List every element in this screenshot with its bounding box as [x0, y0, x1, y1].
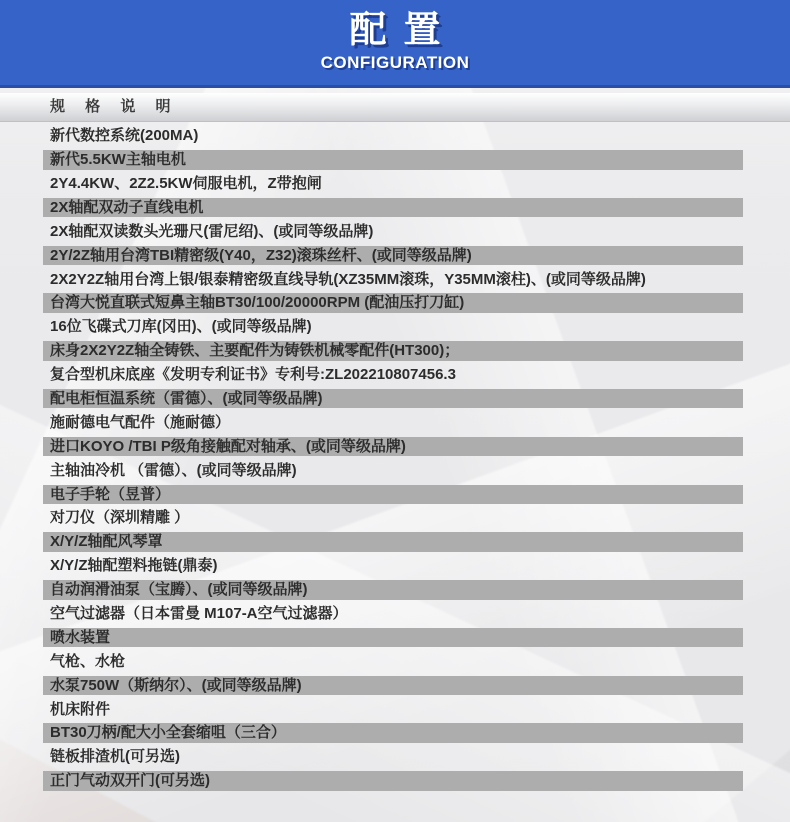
table-row-text: 配电柜恒温系统（雷德）、(或同等级品牌): [43, 389, 743, 409]
table-row-text: 2X轴配双动子直线电机: [43, 198, 743, 218]
table-row-text: 气枪、水枪: [43, 652, 743, 672]
table-row: 链板排渣机(可另选): [43, 745, 743, 769]
table-row-text: 进口KOYO /TBI P级角接触配对轴承、(或同等级品牌): [43, 437, 743, 457]
table-row-text: BT30刀柄/配大小全套缩咀（三合）: [43, 723, 743, 743]
table-row-text: 2Y/2Z轴用台湾TBI精密级(Y40，Z32)滚珠丝杆、(或同等级品牌): [43, 246, 743, 266]
table-row-text: 台湾大悦直联式短鼻主轴BT30/100/20000RPM (配油压打刀缸): [43, 293, 743, 313]
page-banner: 配置 CONFIGURATION: [0, 0, 790, 88]
table-row-text: X/Y/Z轴配塑料拖链(鼎泰): [43, 556, 743, 576]
table-row: 水泵750W（斯纳尔）、(或同等级品牌): [43, 673, 743, 697]
table-row: 2Y4.4KW、2Z2.5KW伺服电机，Z带抱闸: [43, 172, 743, 196]
table-row-text: 新代5.5KW主轴电机: [43, 150, 743, 170]
table-row: 喷水装置: [43, 626, 743, 650]
table-row-text: 16位飞碟式刀库(冈田)、(或同等级品牌): [43, 317, 743, 337]
table-row: 进口KOYO /TBI P级角接触配对轴承、(或同等级品牌): [43, 435, 743, 459]
table-row-text: 主轴油冷机 （雷德）、(或同等级品牌): [43, 461, 743, 481]
table-row: 复合型机床底座《发明专利证书》专利号:ZL202210807456.3: [43, 363, 743, 387]
table-row: 2X轴配双动子直线电机: [43, 196, 743, 220]
table-row: 电子手轮（昱普）: [43, 482, 743, 506]
table-row-text: 自动润滑油泵（宝腾）、(或同等级品牌): [43, 580, 743, 600]
table-row-text: 复合型机床底座《发明专利证书》专利号:ZL202210807456.3: [43, 365, 743, 385]
table-row-text: 水泵750W（斯纳尔）、(或同等级品牌): [43, 676, 743, 696]
table-row-text: 2X2Y2Z轴用台湾上银/银泰精密级直线导轨(XZ35MM滚珠，Y35MM滚柱)…: [43, 270, 743, 290]
table-row: 床身2X2Y2Z轴全铸铁、主要配件为铸铁机械零配件(HT300)；: [43, 339, 743, 363]
table-row-text: X/Y/Z轴配风琴罩: [43, 532, 743, 552]
table-row: 2X2Y2Z轴用台湾上银/银泰精密级直线导轨(XZ35MM滚珠，Y35MM滚柱)…: [43, 267, 743, 291]
table-row-text: 施耐德电气配件（施耐德）: [43, 413, 743, 433]
table-row-text: 喷水装置: [43, 628, 743, 648]
table-row: BT30刀柄/配大小全套缩咀（三合）: [43, 721, 743, 745]
table-row: 对刀仪（深圳精雕 ）: [43, 506, 743, 530]
table-row-text: 正门气动双开门(可另选): [43, 771, 743, 791]
table-row: X/Y/Z轴配塑料拖链(鼎泰): [43, 554, 743, 578]
table-row-text: 2Y4.4KW、2Z2.5KW伺服电机，Z带抱闸: [43, 174, 743, 194]
table-row: 主轴油冷机 （雷德）、(或同等级品牌): [43, 458, 743, 482]
table-row: 新代5.5KW主轴电机: [43, 148, 743, 172]
table-row: 台湾大悦直联式短鼻主轴BT30/100/20000RPM (配油压打刀缸): [43, 291, 743, 315]
table-row: 自动润滑油泵（宝腾）、(或同等级品牌): [43, 578, 743, 602]
table-row: 机床附件: [43, 697, 743, 721]
table-row-text: 电子手轮（昱普）: [43, 485, 743, 505]
table-row-text: 床身2X2Y2Z轴全铸铁、主要配件为铸铁机械零配件(HT300)；: [43, 341, 743, 361]
table-row: 2Y/2Z轴用台湾TBI精密级(Y40，Z32)滚珠丝杆、(或同等级品牌): [43, 243, 743, 267]
spec-rows: 新代数控系统(200MA)新代5.5KW主轴电机2Y4.4KW、2Z2.5KW伺…: [43, 124, 743, 793]
table-row: 2X轴配双读数头光珊尺(雷尼绍)、(或同等级品牌): [43, 220, 743, 244]
page-subtitle: CONFIGURATION: [0, 53, 790, 73]
table-row: X/Y/Z轴配风琴罩: [43, 530, 743, 554]
table-row-text: 对刀仪（深圳精雕 ）: [43, 508, 743, 528]
page-title: 配置: [0, 0, 790, 52]
table-row-text: 空气过滤器（日本雷曼 M107-A空气过滤器）: [43, 604, 743, 624]
table-row: 正门气动双开门(可另选): [43, 769, 743, 793]
table-row-text: 2X轴配双读数头光珊尺(雷尼绍)、(或同等级品牌): [43, 222, 743, 242]
table-row-text: 新代数控系统(200MA): [43, 126, 743, 146]
table-row-text: 机床附件: [43, 700, 743, 720]
table-row: 气枪、水枪: [43, 650, 743, 674]
table-row: 新代数控系统(200MA): [43, 124, 743, 148]
table-row: 空气过滤器（日本雷曼 M107-A空气过滤器）: [43, 602, 743, 626]
table-row: 配电柜恒温系统（雷德）、(或同等级品牌): [43, 387, 743, 411]
spec-table-header: 规 格 说 明: [0, 93, 790, 122]
table-row: 16位飞碟式刀库(冈田)、(或同等级品牌): [43, 315, 743, 339]
table-row-text: 链板排渣机(可另选): [43, 747, 743, 767]
table-row: 施耐德电气配件（施耐德）: [43, 411, 743, 435]
